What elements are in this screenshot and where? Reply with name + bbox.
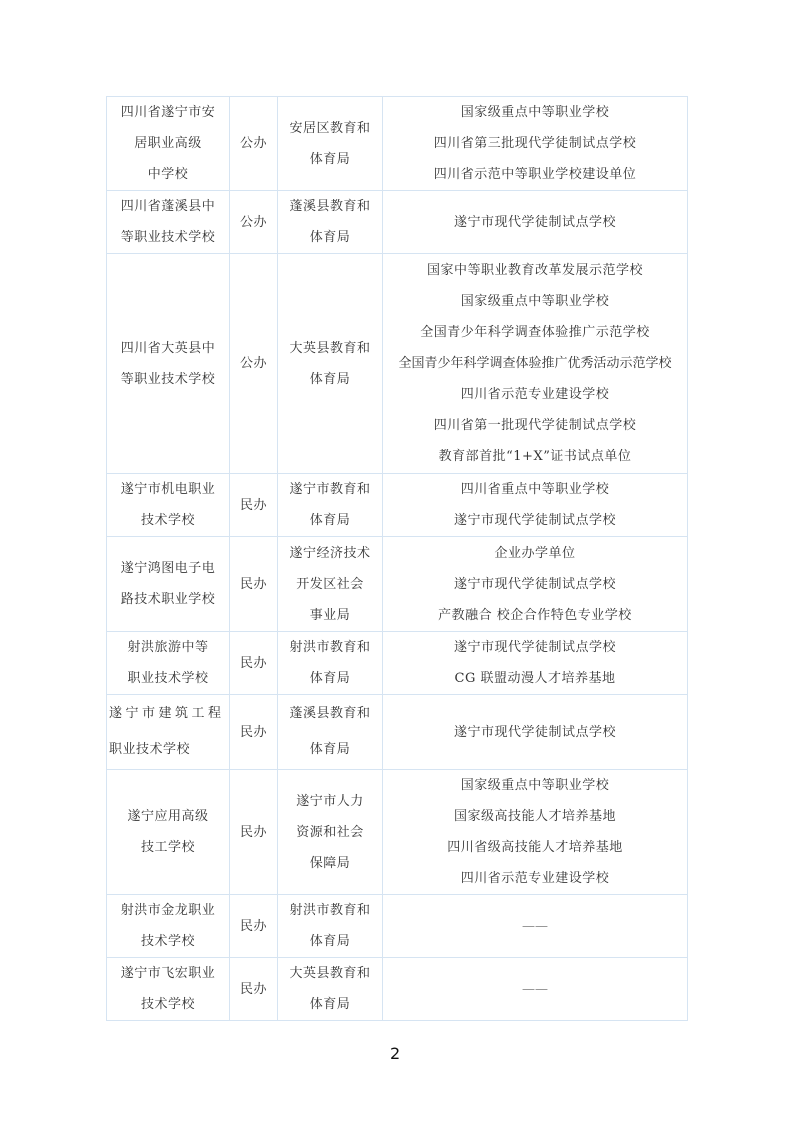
honor-item: 四川省第一批现代学徒制试点学校 — [385, 410, 685, 441]
school-name-line: 职业技术学校 — [109, 732, 227, 768]
school-name-cell: 遂宁市建筑工程 职业技术学校 — [107, 695, 230, 770]
school-name-line: 技工学校 — [109, 832, 227, 863]
school-name-line: 射洪旅游中等 — [109, 632, 227, 663]
school-name-cell: 遂宁市飞宏职业 技术学校 — [107, 958, 230, 1021]
school-name-cell: 四川省遂宁市安 居职业高级 中学校 — [107, 97, 230, 191]
school-name-line: 路技术职业学校 — [109, 584, 227, 615]
authority-line: 体育局 — [280, 144, 380, 175]
honor-item: 产教融合 校企合作特色专业学校 — [385, 600, 685, 631]
school-name-cell: 四川省大英县中 等职业技术学校 — [107, 254, 230, 474]
authority-line: 大英县教育和 — [280, 958, 380, 989]
honor-item: 遂宁市现代学徒制试点学校 — [385, 569, 685, 600]
honor-item: 国家中等职业教育改革发展示范学校 — [385, 255, 685, 286]
school-type-cell: 民办 — [230, 474, 278, 537]
authority-line: 开发区社会 — [280, 569, 380, 600]
table-row: 遂宁市建筑工程 职业技术学校 民办 蓬溪县教育和 体育局 遂宁市现代学徒制试点学… — [107, 695, 688, 770]
authority-line: 体育局 — [280, 222, 380, 253]
school-name-line: 遂宁市飞宏职业 — [109, 958, 227, 989]
school-name-cell: 射洪市金龙职业 技术学校 — [107, 895, 230, 958]
honor-item: 四川省示范中等职业学校建设单位 — [385, 159, 685, 190]
school-type-cell: 民办 — [230, 958, 278, 1021]
honor-item: 四川省第三批现代学徒制试点学校 — [385, 128, 685, 159]
authority-line: 体育局 — [280, 663, 380, 694]
honor-item: 教育部首批“1+X”证书试点单位 — [385, 441, 685, 472]
authority-line: 事业局 — [280, 600, 380, 631]
authority-cell: 射洪市教育和 体育局 — [278, 632, 383, 695]
authority-line: 体育局 — [280, 926, 380, 957]
table-row: 遂宁应用高级 技工学校 民办 遂宁市人力 资源和社会 保障局 国家级重点中等职业… — [107, 770, 688, 895]
honor-item: 遂宁市现代学徒制试点学校 — [385, 207, 685, 238]
table-body: 四川省遂宁市安 居职业高级 中学校 公办 安居区教育和 体育局 国家级重点中等职… — [107, 97, 688, 1021]
authority-line: 射洪市教育和 — [280, 632, 380, 663]
authority-line: 资源和社会 — [280, 817, 380, 848]
school-name-line: 等职业技术学校 — [109, 364, 227, 395]
authority-cell: 大英县教育和 体育局 — [278, 958, 383, 1021]
honor-item: 国家级重点中等职业学校 — [385, 286, 685, 317]
school-name-line: 射洪市金龙职业 — [109, 895, 227, 926]
table-row: 四川省蓬溪县中 等职业技术学校 公办 蓬溪县教育和 体育局 遂宁市现代学徒制试点… — [107, 191, 688, 254]
honor-item: 四川省示范专业建设学校 — [385, 379, 685, 410]
school-type-cell: 民办 — [230, 770, 278, 895]
school-type-cell: 民办 — [230, 695, 278, 770]
school-name-line: 等职业技术学校 — [109, 222, 227, 253]
schools-table: 四川省遂宁市安 居职业高级 中学校 公办 安居区教育和 体育局 国家级重点中等职… — [106, 96, 688, 1021]
honor-item: 国家级重点中等职业学校 — [385, 97, 685, 128]
school-name-line: 四川省蓬溪县中 — [109, 191, 227, 222]
authority-cell: 安居区教育和 体育局 — [278, 97, 383, 191]
honor-item: 全国青少年科学调查体验推广示范学校 — [385, 317, 685, 348]
honors-cell: 企业办学单位 遂宁市现代学徒制试点学校 产教融合 校企合作特色专业学校 — [383, 537, 688, 632]
authority-line: 蓬溪县教育和 — [280, 191, 380, 222]
authority-cell: 遂宁市人力 资源和社会 保障局 — [278, 770, 383, 895]
honors-cell: 遂宁市现代学徒制试点学校 CG 联盟动漫人才培养基地 — [383, 632, 688, 695]
authority-cell: 大英县教育和 体育局 — [278, 254, 383, 474]
honors-cell: 国家中等职业教育改革发展示范学校 国家级重点中等职业学校 全国青少年科学调查体验… — [383, 254, 688, 474]
honor-item: 遂宁市现代学徒制试点学校 — [385, 505, 685, 536]
table-row: 遂宁鸿图电子电 路技术职业学校 民办 遂宁经济技术 开发区社会 事业局 企业办学… — [107, 537, 688, 632]
school-type-cell: 公办 — [230, 191, 278, 254]
school-name-line: 技术学校 — [109, 505, 227, 536]
school-name-line: 中学校 — [109, 159, 227, 190]
authority-line: 遂宁市人力 — [280, 786, 380, 817]
school-name-line: 四川省大英县中 — [109, 333, 227, 364]
honor-item: 企业办学单位 — [385, 538, 685, 569]
school-type-cell: 民办 — [230, 632, 278, 695]
school-name-cell: 射洪旅游中等 职业技术学校 — [107, 632, 230, 695]
school-name-line: 技术学校 — [109, 926, 227, 957]
honor-item: 国家级重点中等职业学校 — [385, 770, 685, 801]
authority-cell: 蓬溪县教育和 体育局 — [278, 191, 383, 254]
empty-dash: —— — [385, 974, 685, 1005]
school-type-cell: 民办 — [230, 895, 278, 958]
authority-cell: 射洪市教育和 体育局 — [278, 895, 383, 958]
honor-item: 全国青少年科学调查体验推广优秀活动示范学校 — [385, 348, 685, 379]
honors-cell: 四川省重点中等职业学校 遂宁市现代学徒制试点学校 — [383, 474, 688, 537]
school-name-line: 遂宁应用高级 — [109, 801, 227, 832]
honors-cell: 遂宁市现代学徒制试点学校 — [383, 191, 688, 254]
school-name-line: 四川省遂宁市安 — [109, 97, 227, 128]
table-row: 四川省遂宁市安 居职业高级 中学校 公办 安居区教育和 体育局 国家级重点中等职… — [107, 97, 688, 191]
school-name-line: 职业技术学校 — [109, 663, 227, 694]
authority-line: 体育局 — [280, 364, 380, 395]
authority-line: 遂宁市教育和 — [280, 474, 380, 505]
school-name-line: 技术学校 — [109, 989, 227, 1020]
table-row: 遂宁市机电职业 技术学校 民办 遂宁市教育和 体育局 四川省重点中等职业学校 遂… — [107, 474, 688, 537]
school-name-cell: 四川省蓬溪县中 等职业技术学校 — [107, 191, 230, 254]
table-row: 遂宁市飞宏职业 技术学校 民办 大英县教育和 体育局 —— — [107, 958, 688, 1021]
authority-line: 体育局 — [280, 505, 380, 536]
school-name-cell: 遂宁市机电职业 技术学校 — [107, 474, 230, 537]
authority-line: 大英县教育和 — [280, 333, 380, 364]
honor-item: CG 联盟动漫人才培养基地 — [385, 663, 685, 694]
honor-item: 国家级高技能人才培养基地 — [385, 801, 685, 832]
honor-item: 四川省示范专业建设学校 — [385, 863, 685, 894]
honor-item: 遂宁市现代学徒制试点学校 — [385, 632, 685, 663]
page-number: 2 — [390, 1044, 400, 1063]
honors-cell: 遂宁市现代学徒制试点学校 — [383, 695, 688, 770]
honor-item: 四川省重点中等职业学校 — [385, 474, 685, 505]
authority-line: 射洪市教育和 — [280, 895, 380, 926]
authority-line: 蓬溪县教育和 — [280, 696, 380, 732]
school-name-line: 遂宁市机电职业 — [109, 474, 227, 505]
honor-item: 遂宁市现代学徒制试点学校 — [385, 717, 685, 748]
honors-cell: —— — [383, 895, 688, 958]
school-name-line: 遂宁鸿图电子电 — [109, 553, 227, 584]
school-type-cell: 民办 — [230, 537, 278, 632]
school-name-cell: 遂宁应用高级 技工学校 — [107, 770, 230, 895]
honors-cell: 国家级重点中等职业学校 国家级高技能人才培养基地 四川省级高技能人才培养基地 四… — [383, 770, 688, 895]
school-type-cell: 公办 — [230, 97, 278, 191]
table-row: 射洪旅游中等 职业技术学校 民办 射洪市教育和 体育局 遂宁市现代学徒制试点学校… — [107, 632, 688, 695]
authority-line: 体育局 — [280, 732, 380, 768]
authority-cell: 蓬溪县教育和 体育局 — [278, 695, 383, 770]
school-type-cell: 公办 — [230, 254, 278, 474]
authority-cell: 遂宁市教育和 体育局 — [278, 474, 383, 537]
school-name-line: 遂宁市建筑工程 — [109, 696, 227, 732]
authority-cell: 遂宁经济技术 开发区社会 事业局 — [278, 537, 383, 632]
school-name-cell: 遂宁鸿图电子电 路技术职业学校 — [107, 537, 230, 632]
table-row: 四川省大英县中 等职业技术学校 公办 大英县教育和 体育局 国家中等职业教育改革… — [107, 254, 688, 474]
authority-line: 遂宁经济技术 — [280, 538, 380, 569]
honor-item: 四川省级高技能人才培养基地 — [385, 832, 685, 863]
document-page: 四川省遂宁市安 居职业高级 中学校 公办 安居区教育和 体育局 国家级重点中等职… — [0, 0, 793, 1122]
table-row: 射洪市金龙职业 技术学校 民办 射洪市教育和 体育局 —— — [107, 895, 688, 958]
authority-line: 体育局 — [280, 989, 380, 1020]
honors-cell: 国家级重点中等职业学校 四川省第三批现代学徒制试点学校 四川省示范中等职业学校建… — [383, 97, 688, 191]
authority-line: 安居区教育和 — [280, 113, 380, 144]
honors-cell: —— — [383, 958, 688, 1021]
school-name-line: 居职业高级 — [109, 128, 227, 159]
empty-dash: —— — [385, 911, 685, 942]
authority-line: 保障局 — [280, 848, 380, 879]
